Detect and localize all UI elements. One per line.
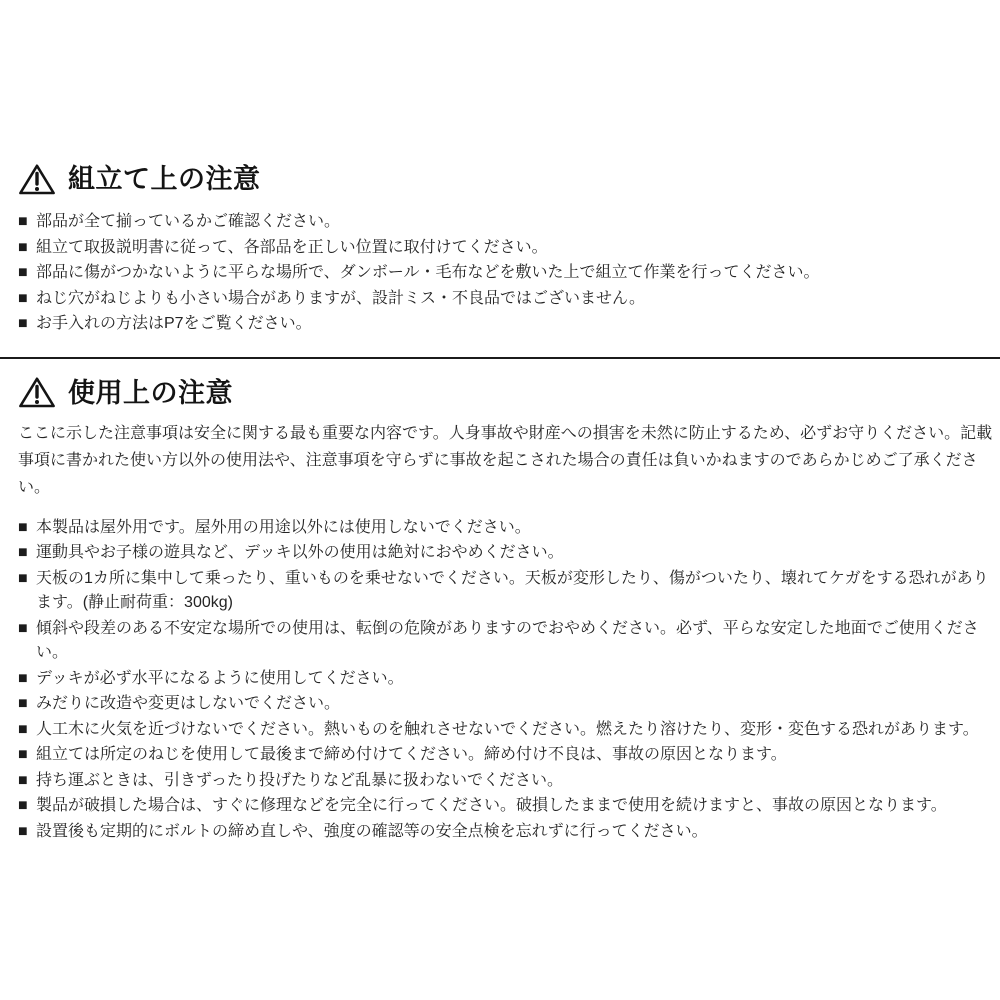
assembly-notes-list: ■ 部品が全て揃っているかご確認ください。 ■ 組立て取扱説明書に従って、各部品…	[18, 209, 995, 337]
bullet-square-icon: ■	[18, 617, 36, 666]
list-item: ■ 組立て取扱説明書に従って、各部品を正しい位置に取付けてください。	[18, 235, 995, 261]
bullet-square-icon: ■	[18, 286, 36, 312]
bullet-square-icon: ■	[18, 743, 36, 768]
list-item: ■ 持ち運ぶときは、引きずったり投げたりなど乱暴に扱わないでください。	[18, 769, 995, 794]
list-item: ■ 人工木に火気を近づけないでください。熱いものを触れさせないでください。燃えた…	[18, 718, 995, 743]
usage-notes-list: ■ 本製品は屋外用です。屋外用の用途以外には使用しないでください。 ■ 運動具や…	[18, 516, 995, 845]
warning-triangle-icon	[18, 163, 56, 196]
list-item: ■ 運動具やお子様の遊具など、デッキ以外の使用は絶対におやめください。	[18, 541, 995, 566]
note-text: 傾斜や段差のある不安定な場所での使用は、転倒の危険がありますのでおやめください。…	[36, 617, 995, 666]
assembly-section-title: 組立て上の注意	[68, 162, 261, 196]
note-text: 運動具やお子様の遊具など、デッキ以外の使用は絶対におやめください。	[36, 541, 995, 566]
list-item: ■ 部品が全て揃っているかご確認ください。	[18, 209, 995, 235]
bullet-square-icon: ■	[18, 567, 36, 616]
list-item: ■ ねじ穴がねじよりも小さい場合がありますが、設計ミス・不良品ではございません。	[18, 286, 995, 312]
assembly-notes-section: 組立て上の注意 ■ 部品が全て揃っているかご確認ください。 ■ 組立て取扱説明書…	[0, 0, 1000, 337]
note-text: デッキが必ず水平になるように使用してください。	[36, 667, 995, 692]
list-item: ■ お手入れの方法はP7をご覧ください。	[18, 311, 995, 337]
note-text: お手入れの方法はP7をご覧ください。	[36, 311, 995, 337]
bullet-square-icon: ■	[18, 667, 36, 692]
bullet-square-icon: ■	[18, 209, 36, 235]
note-text: ねじ穴がねじよりも小さい場合がありますが、設計ミス・不良品ではございません。	[36, 286, 995, 312]
list-item: ■ 傾斜や段差のある不安定な場所での使用は、転倒の危険がありますのでおやめくださ…	[18, 617, 995, 666]
safety-instructions-page: 組立て上の注意 ■ 部品が全て揃っているかご確認ください。 ■ 組立て取扱説明書…	[0, 0, 1000, 1000]
note-text: 部品に傷がつかないように平らな場所で、ダンボール・毛布などを敷いた上で組立て作業…	[36, 260, 995, 286]
note-text: 組立て取扱説明書に従って、各部品を正しい位置に取付けてください。	[36, 235, 995, 261]
bullet-square-icon: ■	[18, 718, 36, 743]
list-item: ■ 製品が破損した場合は、すぐに修理などを完全に行ってください。破損したままで使…	[18, 794, 995, 819]
list-item: ■ デッキが必ず水平になるように使用してください。	[18, 667, 995, 692]
usage-section-header: 使用上の注意	[18, 376, 995, 410]
bullet-square-icon: ■	[18, 769, 36, 794]
note-text: 部品が全て揃っているかご確認ください。	[36, 209, 995, 235]
list-item: ■ 天板の1カ所に集中して乗ったり、重いものを乗せないでください。天板が変形した…	[18, 567, 995, 616]
bullet-square-icon: ■	[18, 820, 36, 845]
usage-intro-paragraph: ここに示した注意事項は安全に関する最も重要な内容です。人身事故や財産への損害を未…	[18, 420, 995, 501]
bullet-square-icon: ■	[18, 311, 36, 337]
bullet-square-icon: ■	[18, 541, 36, 566]
list-item: ■ みだりに改造や変更はしないでください。	[18, 692, 995, 717]
assembly-section-header: 組立て上の注意	[18, 162, 995, 196]
note-text: 製品が破損した場合は、すぐに修理などを完全に行ってください。破損したままで使用を…	[36, 794, 995, 819]
note-text: みだりに改造や変更はしないでください。	[36, 692, 995, 717]
warning-triangle-icon	[18, 376, 56, 409]
bullet-square-icon: ■	[18, 235, 36, 261]
bullet-square-icon: ■	[18, 260, 36, 286]
note-text: 本製品は屋外用です。屋外用の用途以外には使用しないでください。	[36, 516, 995, 541]
usage-section-title: 使用上の注意	[68, 376, 233, 410]
list-item: ■ 組立ては所定のねじを使用して最後まで締め付けてください。締め付け不良は、事故…	[18, 743, 995, 768]
note-text: 組立ては所定のねじを使用して最後まで締め付けてください。締め付け不良は、事故の原…	[36, 743, 995, 768]
bullet-square-icon: ■	[18, 794, 36, 819]
list-item: ■ 部品に傷がつかないように平らな場所で、ダンボール・毛布などを敷いた上で組立て…	[18, 260, 995, 286]
note-text: 人工木に火気を近づけないでください。熱いものを触れさせないでください。燃えたり溶…	[36, 718, 995, 743]
note-text: 持ち運ぶときは、引きずったり投げたりなど乱暴に扱わないでください。	[36, 769, 995, 794]
bullet-square-icon: ■	[18, 692, 36, 717]
note-text: 設置後も定期的にボルトの締め直しや、強度の確認等の安全点検を忘れずに行ってくださ…	[36, 820, 995, 845]
usage-notes-section: 使用上の注意 ここに示した注意事項は安全に関する最も重要な内容です。人身事故や財…	[0, 359, 1000, 845]
list-item: ■ 設置後も定期的にボルトの締め直しや、強度の確認等の安全点検を忘れずに行ってく…	[18, 820, 995, 845]
list-item: ■ 本製品は屋外用です。屋外用の用途以外には使用しないでください。	[18, 516, 995, 541]
note-text: 天板の1カ所に集中して乗ったり、重いものを乗せないでください。天板が変形したり、…	[36, 567, 995, 616]
bullet-square-icon: ■	[18, 516, 36, 541]
